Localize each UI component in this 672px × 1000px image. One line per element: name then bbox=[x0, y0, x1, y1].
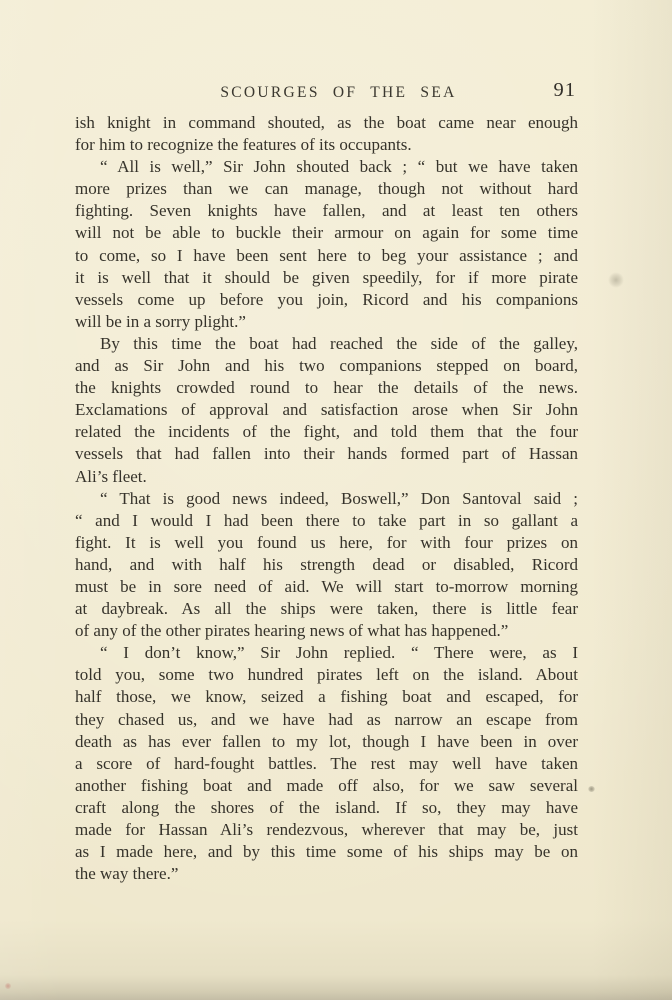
text-line: more prizes than we can manage, though n… bbox=[75, 178, 578, 200]
text-line: of any of the other pirates hearing news… bbox=[75, 620, 578, 642]
text-line: the way there.” bbox=[75, 863, 578, 885]
text-line: a score of hard-fought battles. The rest… bbox=[75, 753, 578, 775]
pink-speck bbox=[5, 983, 11, 989]
text-line: ish knight in command shouted, as the bo… bbox=[75, 112, 578, 134]
text-line: the knights crowded round to hear the de… bbox=[75, 377, 578, 399]
text-line: they chased us, and we have had as narro… bbox=[75, 709, 578, 731]
text-line: vessels that had fallen into their hands… bbox=[75, 443, 578, 465]
text-line: fight. It is well you found us here, for… bbox=[75, 532, 578, 554]
text-line: By this time the boat had reached the si… bbox=[75, 333, 578, 355]
text-line: vessels come up before you join, Ricord … bbox=[75, 289, 578, 311]
paragraph: “ I don’t know,” Sir John replied. “ The… bbox=[75, 642, 578, 885]
running-title: SCOURGES OF THE SEA bbox=[87, 84, 590, 102]
paragraph: ish knight in command shouted, as the bo… bbox=[75, 112, 578, 156]
text-line: for him to recognize the features of its… bbox=[75, 134, 578, 156]
text-line: Exclamations of approval and satisfactio… bbox=[75, 399, 578, 421]
book-page-scan: SCOURGES OF THE SEA 91 ish knight in com… bbox=[0, 0, 672, 1000]
text-line: as I made here, and by this time some of… bbox=[75, 841, 578, 863]
text-line: “ All is well,” Sir John shouted back ; … bbox=[75, 156, 578, 178]
text-line: “ I don’t know,” Sir John replied. “ The… bbox=[75, 642, 578, 664]
paragraph: By this time the boat had reached the si… bbox=[75, 333, 578, 488]
text-line: told you, some two hundred pirates left … bbox=[75, 664, 578, 686]
text-line: half those, we know, seized a fishing bo… bbox=[75, 686, 578, 708]
text-line: “ and I would I had been there to take p… bbox=[75, 510, 578, 532]
text-line: will not be able to buckle their armour … bbox=[75, 222, 578, 244]
text-line: “ That is good news indeed, Boswell,” Do… bbox=[75, 488, 578, 510]
text-block: ish knight in command shouted, as the bo… bbox=[75, 112, 578, 885]
ink-speck bbox=[588, 786, 595, 792]
text-line: craft along the shores of the island. If… bbox=[75, 797, 578, 819]
text-line: Ali’s fleet. bbox=[75, 466, 578, 488]
paper-smudge bbox=[608, 272, 624, 288]
page-number: 91 bbox=[554, 79, 577, 102]
text-line: will be in a sorry plight.” bbox=[75, 311, 578, 333]
text-line: it is well that it should be given speed… bbox=[75, 267, 578, 289]
text-line: death as has ever fallen to my lot, thou… bbox=[75, 731, 578, 753]
paragraph: “ That is good news indeed, Boswell,” Do… bbox=[75, 488, 578, 643]
text-line: made for Hassan Ali’s rendezvous, wherev… bbox=[75, 819, 578, 841]
text-line: fighting. Seven knights have fallen, and… bbox=[75, 200, 578, 222]
text-line: related the incidents of the fight, and … bbox=[75, 421, 578, 443]
text-line: at daybreak. As all the ships were taken… bbox=[75, 598, 578, 620]
text-line: another fishing boat and made off also, … bbox=[75, 775, 578, 797]
text-line: hand, and with half his strength dead or… bbox=[75, 554, 578, 576]
text-line: to come, so I have been sent here to beg… bbox=[75, 245, 578, 267]
text-line: must be in sore need of aid. We will sta… bbox=[75, 576, 578, 598]
paragraph: “ All is well,” Sir John shouted back ; … bbox=[75, 156, 578, 333]
page-header: SCOURGES OF THE SEA 91 bbox=[75, 81, 578, 107]
text-line: and as Sir John and his two companions s… bbox=[75, 355, 578, 377]
